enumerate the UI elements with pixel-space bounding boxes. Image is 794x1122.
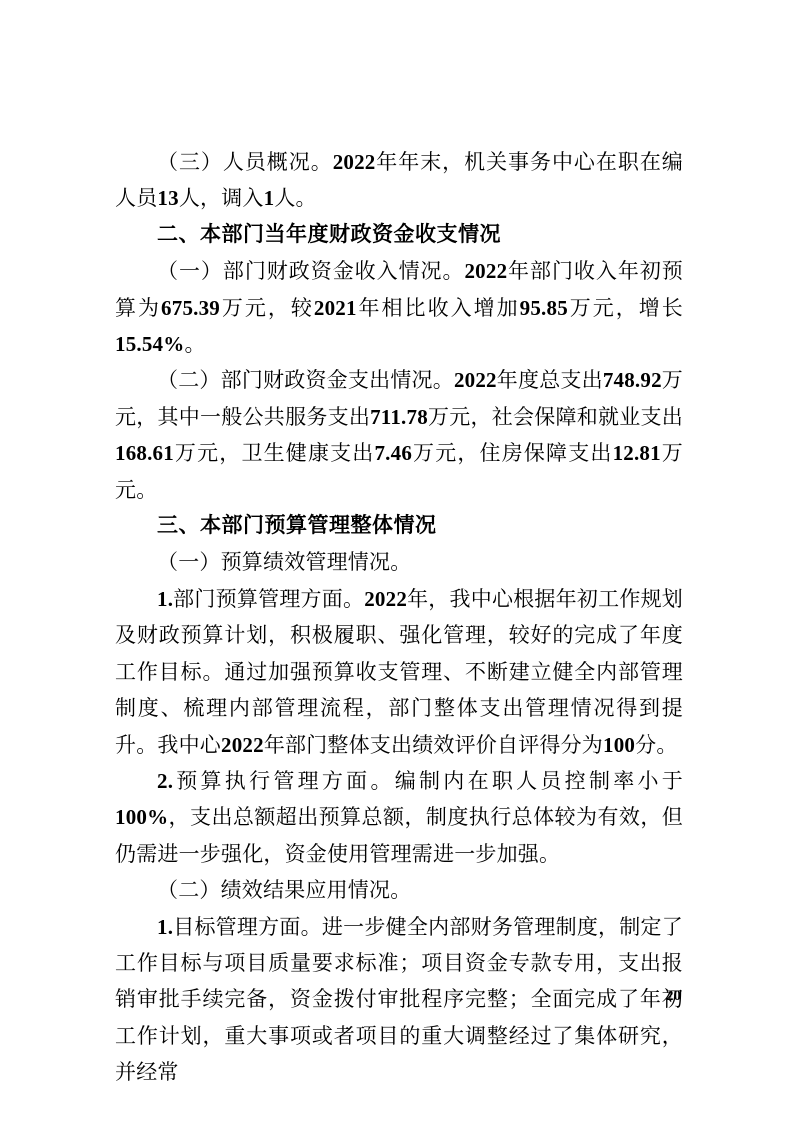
paragraph: （二）部门财政资金支出情况。2022年度总支出748.92万元，其中一般公共服务… — [115, 362, 683, 508]
bold-text-run: 100% — [115, 805, 168, 829]
bold-text-run: 2021 — [314, 296, 357, 320]
bold-text-run: 7.46 — [374, 441, 412, 465]
text-run: （一）部门财政资金收入情况。 — [157, 259, 464, 283]
bold-text-run: 675.39 — [161, 296, 220, 320]
paragraph: 2.预算执行管理方面。编制内在职人员控制率小于100%，支出总额超出预算总额，制… — [115, 763, 683, 872]
paragraph: 1.部门预算管理方面。2022年，我中心根据年初工作规划及财政预算计划，积极履职… — [115, 581, 683, 763]
section-heading: 二、本部门当年度财政资金收支情况 — [115, 217, 683, 253]
text-run: （一）预算绩效管理情况。 — [157, 550, 411, 574]
page-number: 20 — [115, 988, 681, 1005]
bold-text-run: 1 — [264, 186, 275, 210]
text-run: 人。 — [274, 186, 316, 210]
text-run: （三）人员概况。 — [157, 150, 333, 174]
paragraph: （一）预算绩效管理情况。 — [115, 544, 683, 580]
text-run: 万元，较 — [220, 296, 314, 320]
bold-text-run: 748.92 — [603, 368, 662, 392]
bold-text-run: 二、本部门当年度财政资金收支情况 — [157, 223, 501, 246]
bold-text-run: 1. — [157, 915, 173, 939]
paragraph: （二）绩效结果应用情况。 — [115, 872, 683, 908]
text-run: 年度总支出 — [497, 368, 603, 392]
bold-text-run: 2. — [157, 769, 173, 793]
text-run: （二）绩效结果应用情况。 — [157, 878, 411, 902]
bold-text-run: 三、本部门预算管理整体情况 — [157, 514, 437, 537]
bold-text-run: 13 — [157, 186, 178, 210]
bold-text-run: 2022 — [364, 587, 407, 611]
bold-text-run: 15.54% — [115, 332, 184, 356]
document-body: （三）人员概况。2022年年末，机关事务中心在职在编人员13人，调入1人。二、本… — [115, 144, 683, 1091]
text-run: 预算执行管理方面。编制内在职人员控制率小于 — [173, 769, 683, 793]
paragraph: （一）部门财政资金收入情况。2022年部门收入年初预算为675.39万元，较20… — [115, 253, 683, 362]
section-heading: 三、本部门预算管理整体情况 — [115, 508, 683, 544]
bold-text-run: 95.85 — [520, 296, 568, 320]
text-run: 部门预算管理方面。 — [173, 587, 364, 611]
text-run: 人，调入 — [179, 186, 264, 210]
bold-text-run: 100 — [603, 733, 635, 757]
text-run: （二）部门财政资金支出情况。 — [157, 368, 454, 392]
bold-text-run: 2022 — [221, 733, 264, 757]
bold-text-run: 711.78 — [370, 405, 428, 429]
bold-text-run: 2022 — [333, 150, 376, 174]
paragraph: （三）人员概况。2022年年末，机关事务中心在职在编人员13人，调入1人。 — [115, 144, 683, 217]
text-run: 万元，增长 — [568, 296, 683, 320]
text-run: ，支出总额超出预算总额，制度执行总体较为有效，但仍需进一步强化，资金使用管理需进… — [115, 805, 683, 865]
document-page: （三）人员概况。2022年年末，机关事务中心在职在编人员13人，调入1人。二、本… — [0, 0, 794, 1122]
bold-text-run: 12.81 — [613, 441, 661, 465]
text-run: 年，我中心根据年初工作规划及财政预算计划，积极履职、强化管理，较好的完成了年度工… — [115, 587, 683, 757]
text-run: 年部门整体支出绩效评价自评得分为 — [264, 733, 603, 757]
text-run: 万元，卫生健康支出 — [174, 441, 375, 465]
bold-text-run: 2022 — [464, 259, 507, 283]
text-run: 年相比收入增加 — [357, 296, 520, 320]
text-run: 万元，住房保障支出 — [412, 441, 613, 465]
bold-text-run: 168.61 — [115, 441, 174, 465]
text-run: 万元，社会保障和就业支出 — [428, 405, 683, 429]
text-run: 。 — [184, 332, 205, 356]
bold-text-run: 1. — [157, 587, 173, 611]
bold-text-run: 2022 — [454, 368, 497, 392]
text-run: 分。 — [635, 733, 677, 757]
